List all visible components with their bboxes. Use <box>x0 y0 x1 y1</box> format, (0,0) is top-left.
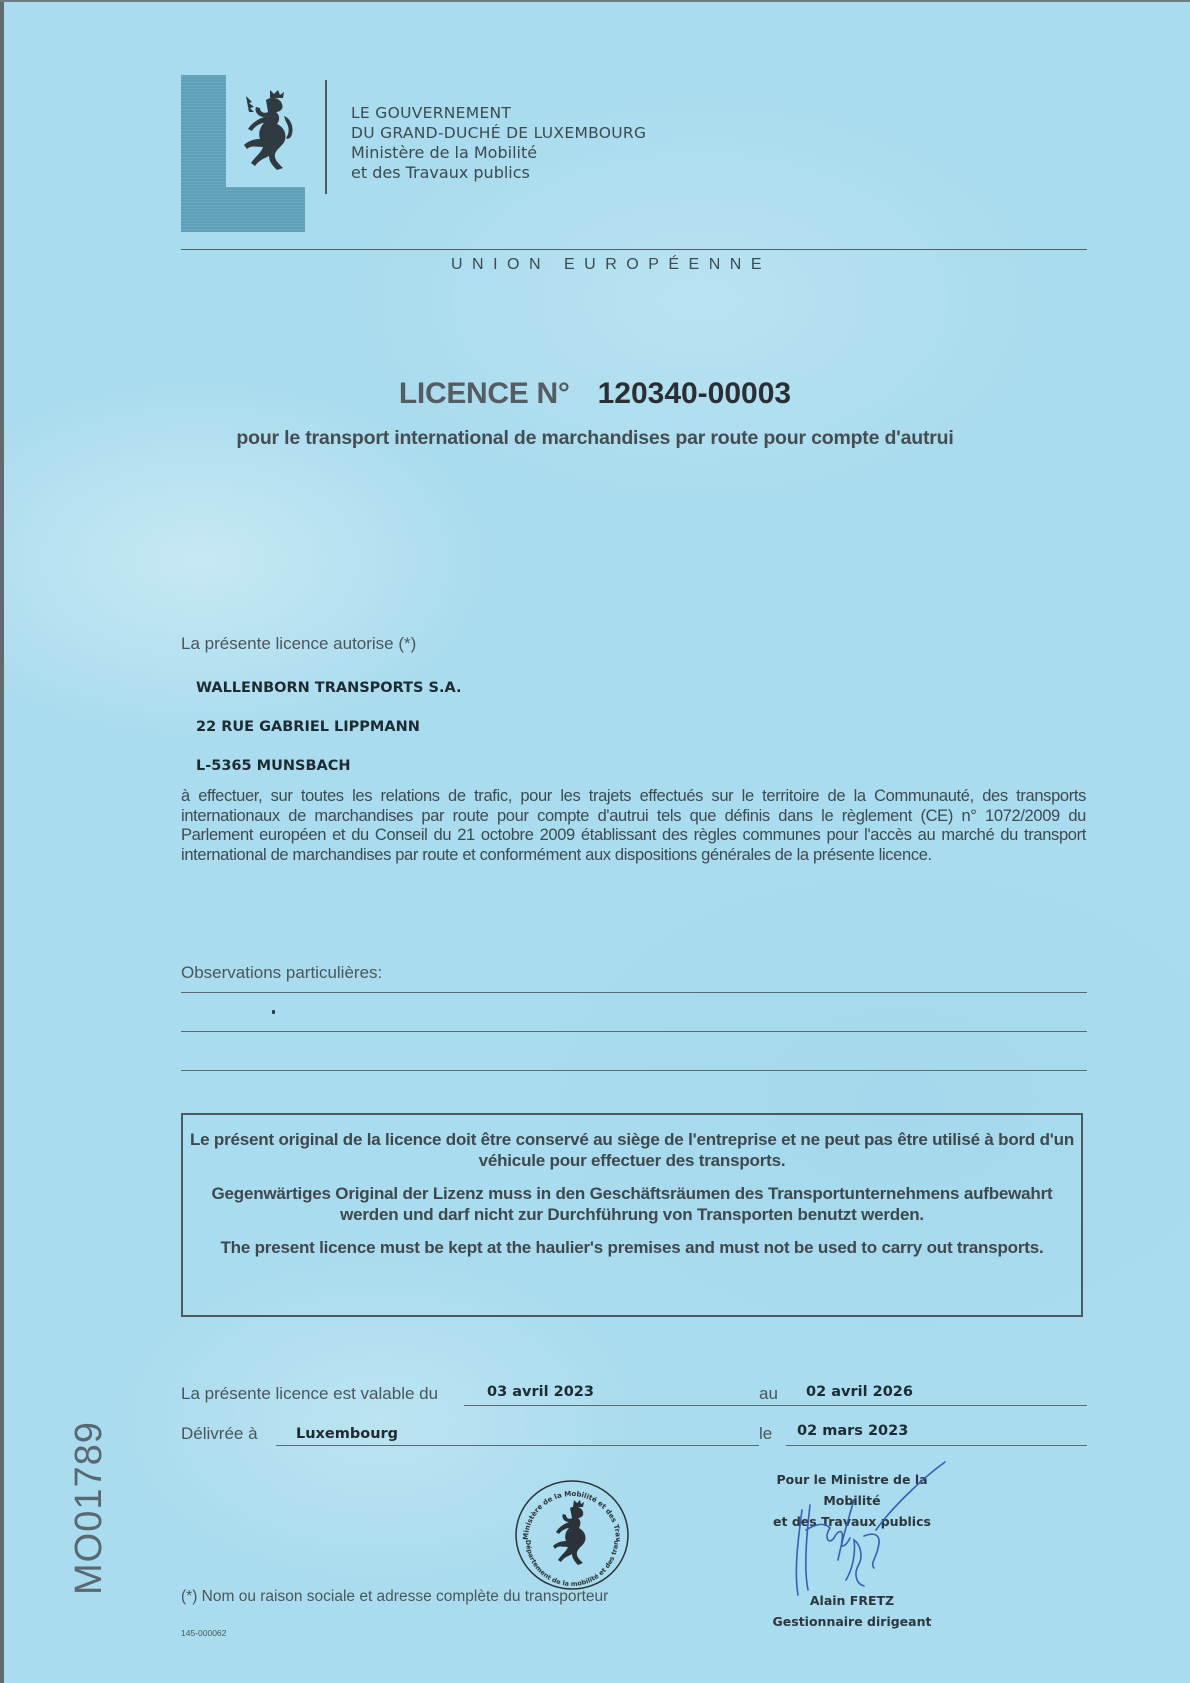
valid-from-value: 03 avril 2023 <box>487 1384 594 1400</box>
form-code: 145-000062 <box>181 1628 226 1638</box>
footnote: (*) Nom ou raison sociale et adresse com… <box>181 1588 608 1606</box>
valid-to-label: au <box>759 1384 778 1404</box>
observations-label: Observations particulières: <box>181 963 382 983</box>
signatory-role: Gestionnaire dirigeant <box>752 1611 952 1632</box>
signatory-name: Alain FRETZ <box>752 1590 952 1611</box>
holder-street: 22 RUE GABRIEL LIPPMANN <box>196 719 420 735</box>
notice-fr: Le présent original de la licence doit ê… <box>183 1129 1081 1171</box>
validity-row: La présente licence est valable du 03 av… <box>181 1384 1087 1406</box>
holder-city: L-5365 MUNSBACH <box>196 758 351 774</box>
logo-divider <box>325 80 327 194</box>
ink-dot <box>272 1010 275 1014</box>
notice-en: The present licence must be kept at the … <box>183 1237 1081 1258</box>
government-heading: LE GOUVERNEMENT DU GRAND-DUCHÉ DE LUXEMB… <box>351 103 646 183</box>
notice-box: Le présent original de la licence doit ê… <box>181 1113 1083 1317</box>
observations-line <box>181 992 1087 993</box>
handwritten-signature <box>780 1460 950 1610</box>
issued-at-label: Délivrée à <box>181 1424 258 1444</box>
valid-to-line <box>786 1405 1087 1406</box>
issued-at-line <box>276 1445 759 1446</box>
header-divider <box>181 249 1087 250</box>
issued-row: Délivrée à Luxembourg le 02 mars 2023 <box>181 1424 1087 1446</box>
licence-subtitle: pour le transport international de march… <box>0 427 1190 450</box>
government-line1: LE GOUVERNEMENT <box>351 103 646 123</box>
scan-edge-top <box>0 0 1190 2</box>
union-label: UNION EUROPÉENNE <box>0 256 1190 274</box>
licence-label: LICENCE N° <box>399 377 570 410</box>
government-line2: DU GRAND-DUCHÉ DE LUXEMBOURG <box>351 123 646 143</box>
licence-body-text: à effectuer, sur toutes les relations de… <box>181 787 1086 865</box>
licence-number: 120340-00003 <box>598 377 792 410</box>
ministry-line1: Ministère de la Mobilité <box>351 143 646 163</box>
valid-from-label: La présente licence est valable du <box>181 1384 438 1404</box>
issued-on-value: 02 mars 2023 <box>797 1423 908 1439</box>
issued-at-value: Luxembourg <box>296 1426 398 1442</box>
holder-name: WALLENBORN TRANSPORTS S.A. <box>196 680 461 696</box>
licence-title: LICENCE N°120340-00003 <box>0 377 1190 411</box>
serial-number: MO01789 <box>68 1421 111 1595</box>
ministry-seal-stamp: Ministère de la Mobilité et des Travaux … <box>512 1478 632 1593</box>
holder-intro: La présente licence autorise (*) <box>181 634 416 654</box>
observations-line <box>181 1070 1087 1071</box>
scan-edge-left <box>0 0 4 1683</box>
lion-icon <box>236 88 298 174</box>
notice-de: Gegenwärtiges Original der Lizenz muss i… <box>183 1183 1081 1225</box>
ministry-line2: et des Travaux publics <box>351 163 646 183</box>
observations-line <box>181 1031 1087 1032</box>
signatory-block: Alain FRETZ Gestionnaire dirigeant <box>752 1590 952 1632</box>
issued-on-line <box>786 1445 1087 1446</box>
issued-on-label: le <box>759 1424 772 1444</box>
valid-to-value: 02 avril 2026 <box>806 1384 913 1400</box>
